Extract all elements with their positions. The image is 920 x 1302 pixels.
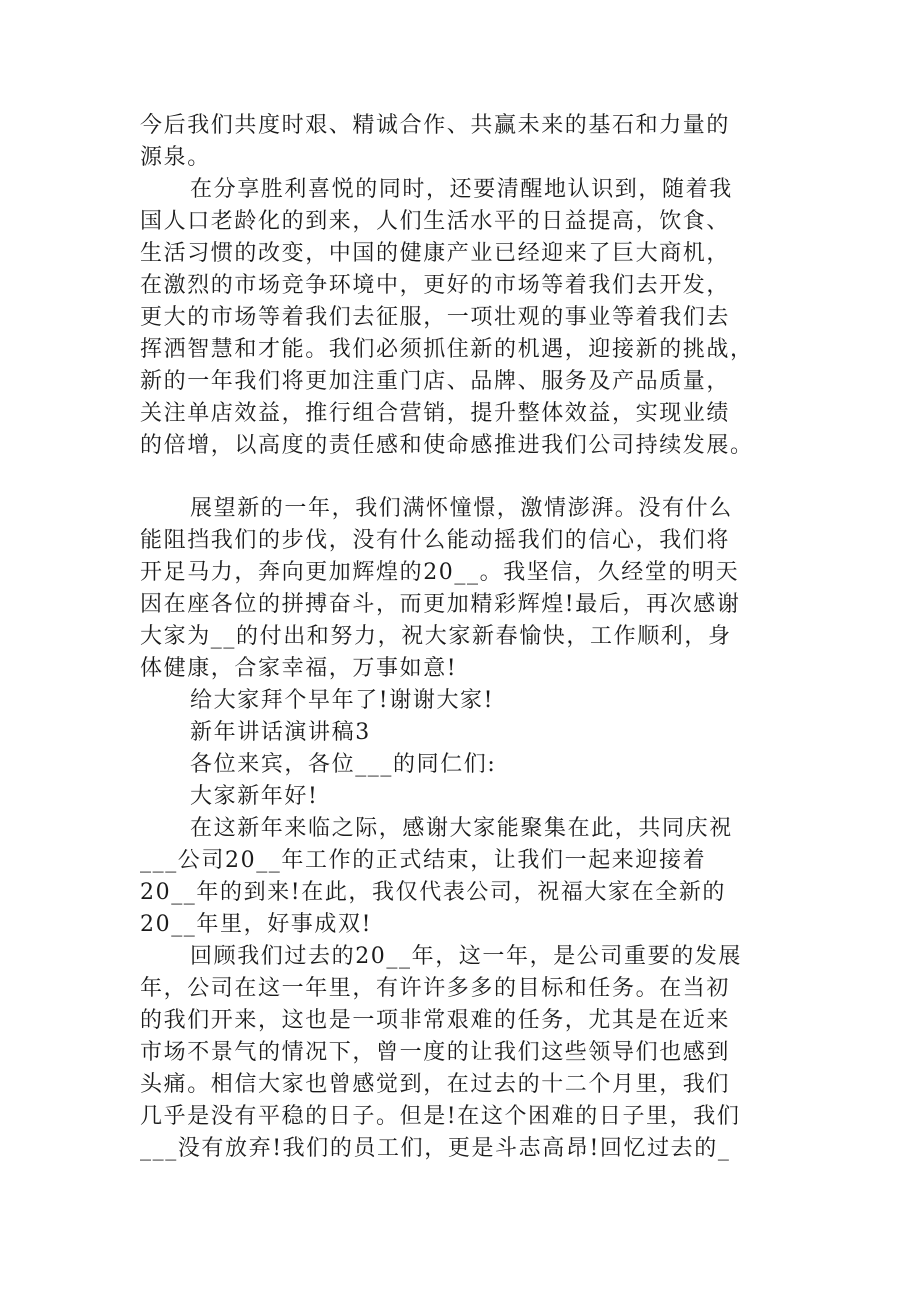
text-line: 年，公司在这一年里，有许许多多的目标和任务。在当初	[140, 973, 800, 1005]
text-line: 开足马力，奔向更加辉煌的20__。我坚信，久经堂的明天	[140, 557, 800, 589]
text-line: 20__年的到来!在此，我仅代表公司，祝福大家在全新的	[140, 877, 800, 909]
text-line: 市场不景气的情况下，曾一度的让我们这些领导们也感到	[140, 1037, 800, 1069]
paragraph-start-line: 回顾我们过去的20__年，这一年，是公司重要的发展	[140, 941, 800, 973]
text-line: 的倍增，以高度的责任感和使命感推进我们公司持续发展。	[140, 430, 800, 462]
section-title: 新年讲话演讲稿3	[140, 717, 800, 749]
text-line: 关注单店效益，推行组合营销，提升整体效益，实现业绩	[140, 398, 800, 430]
text-line: 因在座各位的拼搏奋斗，而更加精彩辉煌!最后，再次感谢	[140, 589, 800, 621]
paragraph-start-line: 在这新年来临之际，感谢大家能聚集在此，共同庆祝	[140, 813, 800, 845]
text-line: 今后我们共度时艰、精诚合作、共赢未来的基石和力量的	[140, 110, 800, 142]
document-body: 今后我们共度时艰、精诚合作、共赢未来的基石和力量的 源泉。 在分享胜利喜悦的同时…	[140, 110, 800, 1165]
blank-line	[140, 462, 800, 493]
text-line: 大家为__的付出和努力，祝大家新春愉快，工作顺利，身	[140, 621, 800, 653]
salutation-line: 各位来宾，各位___的同仁们:	[140, 749, 800, 781]
text-line: 头痛。相信大家也曾感觉到，在过去的十二个月里，我们	[140, 1069, 800, 1101]
text-line: ___没有放弃!我们的员工们，更是斗志高昂!回忆过去的_	[140, 1133, 800, 1165]
paragraph-start-line: 展望新的一年，我们满怀憧憬，激情澎湃。没有什么	[140, 493, 800, 525]
text-line: 新的一年我们将更加注重门店、品牌、服务及产品质量，	[140, 366, 800, 398]
document-page: 今后我们共度时艰、精诚合作、共赢未来的基石和力量的 源泉。 在分享胜利喜悦的同时…	[0, 0, 920, 1302]
greeting-line: 大家新年好!	[140, 781, 800, 813]
text-line: 体健康，合家幸福，万事如意!	[140, 653, 800, 685]
text-line: 在激烈的市场竞争环境中，更好的市场等着我们去开发，	[140, 270, 800, 302]
text-line: 20__年里，好事成双!	[140, 909, 800, 941]
text-line: 国人口老龄化的到来，人们生活水平的日益提高，饮食、	[140, 206, 800, 238]
text-line: 的我们开来，这也是一项非常艰难的任务，尤其是在近来	[140, 1005, 800, 1037]
text-line: 更大的市场等着我们去征服，一项壮观的事业等着我们去	[140, 302, 800, 334]
text-line: 几乎是没有平稳的日子。但是!在这个困难的日子里，我们	[140, 1101, 800, 1133]
text-line: 挥洒智慧和才能。我们必须抓住新的机遇，迎接新的挑战，	[140, 334, 800, 366]
text-line: ___公司20__年工作的正式结束，让我们一起来迎接着	[140, 845, 800, 877]
paragraph-start-line: 在分享胜利喜悦的同时，还要清醒地认识到，随着我	[140, 174, 800, 206]
paragraph-start-line: 给大家拜个早年了!谢谢大家!	[140, 685, 800, 717]
text-line: 生活习惯的改变，中国的健康产业已经迎来了巨大商机，	[140, 238, 800, 270]
text-line: 源泉。	[140, 142, 800, 174]
text-line: 能阻挡我们的步伐，没有什么能动摇我们的信心，我们将	[140, 525, 800, 557]
